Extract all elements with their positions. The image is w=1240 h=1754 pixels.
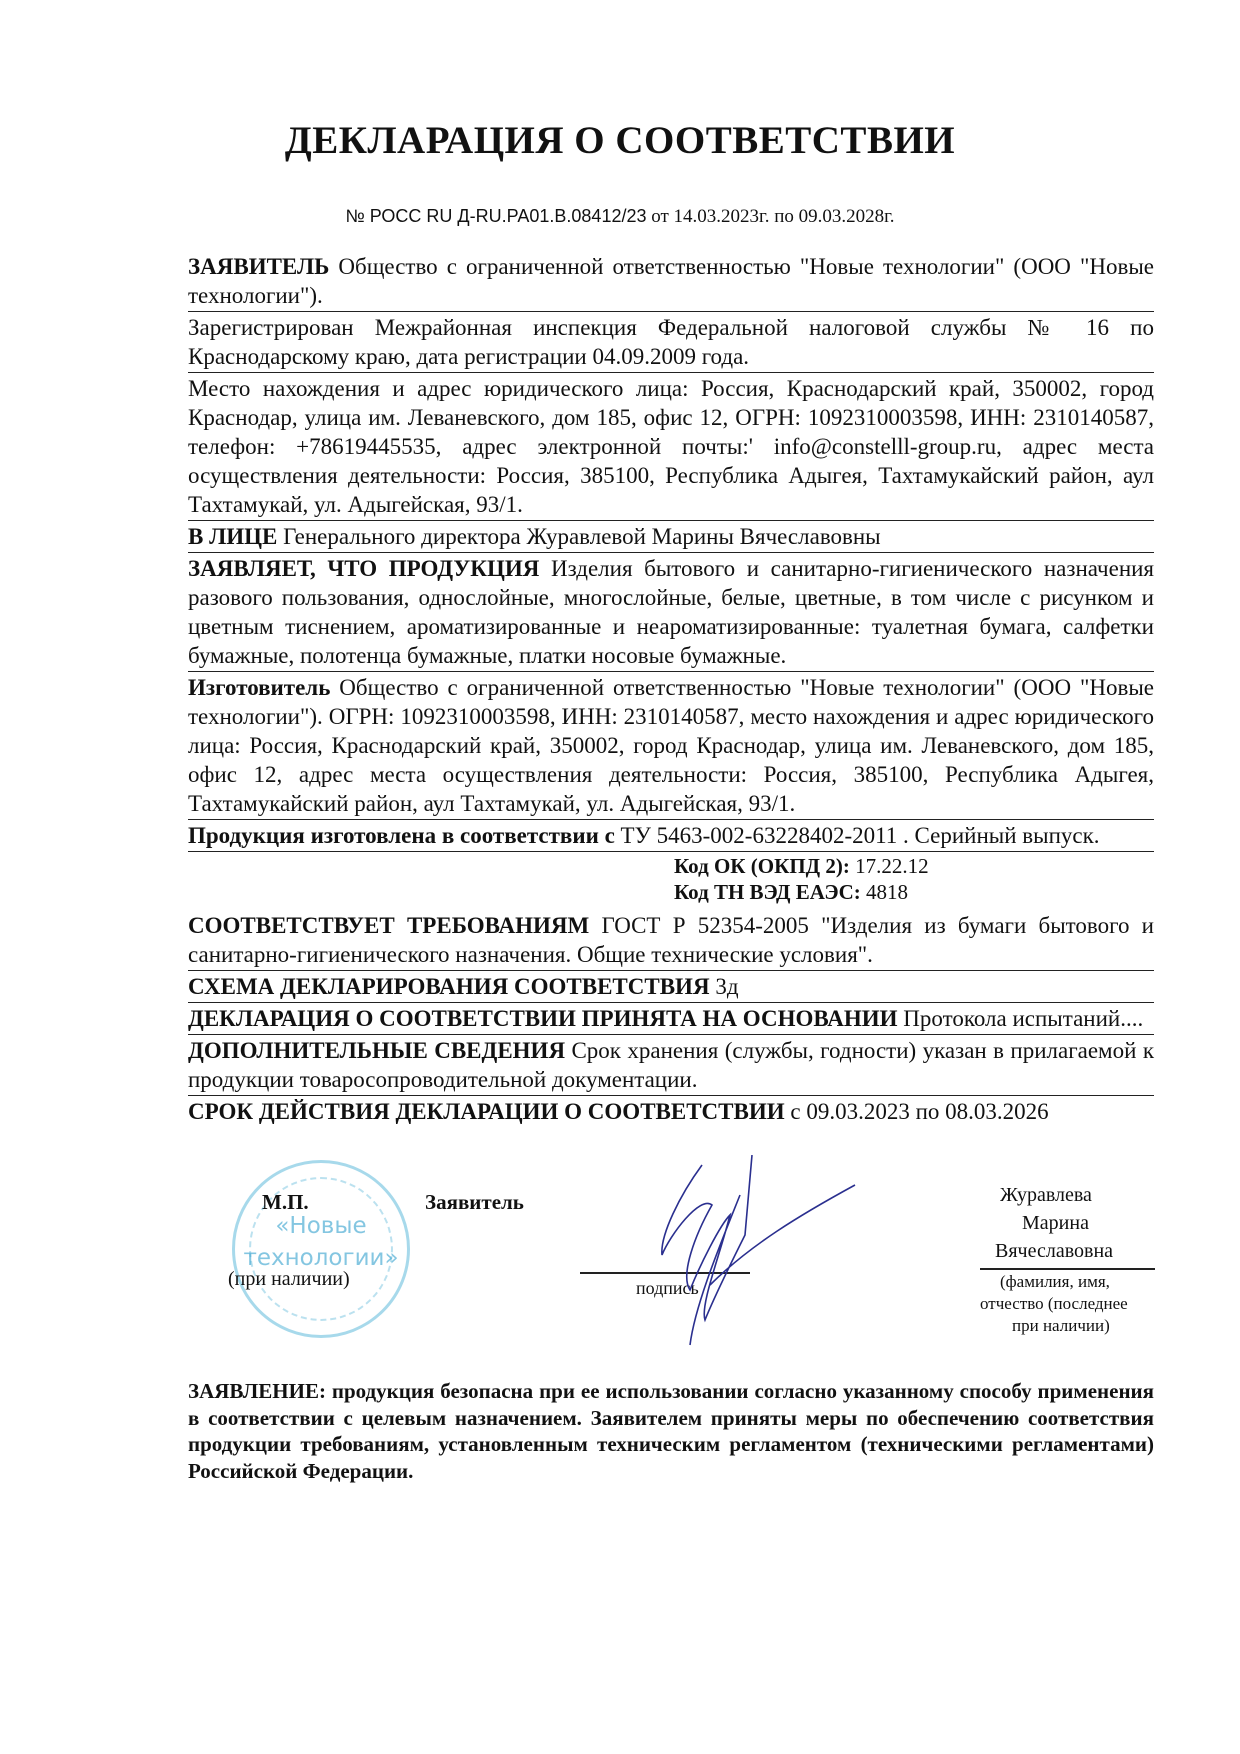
name-caption-2: отчество (последнее [980,1294,1128,1314]
document-title: ДЕКЛАРАЦИЯ О СООТВЕТСТВИИ [0,118,1240,163]
okpd-value: 17.22.12 [850,854,929,878]
seal-label: М.П. [262,1190,309,1215]
address-text: Место нахождения и адрес юридического ли… [188,376,1154,517]
signer-patronymic: Вячеславовна [995,1240,1113,1263]
represented-by-section: В ЛИЦЕ Генерального директора Журавлевой… [188,522,1154,553]
name-line [980,1268,1155,1270]
produced-per-label: Продукция изготовлена в соответствии с [188,823,615,848]
represented-by-label: В ЛИЦЕ [188,524,277,549]
scheme-text: 3д [710,974,739,999]
validity-text: с 09.03.2023 по 08.03.2026 [785,1099,1049,1124]
manufacturer-section: Изготовитель Общество с ограниченной отв… [188,673,1154,820]
basis-text: Протокола испытаний.... [898,1006,1144,1031]
scheme-section: СХЕМА ДЕКЛАРИРОВАНИЯ СООТВЕТСТВИЯ 3д [188,972,1154,1003]
safety-statement: ЗАЯВЛЕНИЕ: продукция безопасна при ее ис… [188,1378,1154,1484]
name-caption-1: (фамилия, имя, [1000,1272,1110,1292]
declares-section: ЗАЯВЛЯЕТ, ЧТО ПРОДУКЦИЯ Изделия бытового… [188,554,1154,672]
stamp-text-line1: «Новые [235,1213,407,1239]
applicant-text: Общество с ограниченной ответственностью… [188,254,1154,308]
manufacturer-text: Общество с ограниченной ответственностью… [188,675,1154,816]
manufacturer-label: Изготовитель [188,675,330,700]
applicant-section: ЗАЯВИТЕЛЬ Общество с ограниченной ответс… [188,252,1154,312]
declares-label: ЗАЯВЛЯЕТ, ЧТО ПРОДУКЦИЯ [188,556,539,581]
additional-label: ДОПОЛНИТЕЛЬНЫЕ СВЕДЕНИЯ [188,1038,565,1063]
tnved-code: Код ТН ВЭД ЕАЭС: 4818 [674,879,1154,905]
declaration-body: ЗАЯВИТЕЛЬ Общество с ограниченной ответс… [188,252,1154,1128]
produced-per-section: Продукция изготовлена в соответствии с Т… [188,821,1154,852]
validity-dates: от 14.03.2023г. по 09.03.2028г. [647,206,895,227]
codes-block: Код ОК (ОКПД 2): 17.22.12 Код ТН ВЭД ЕАЭ… [674,853,1154,905]
company-stamp: «Новые технологии» [232,1160,410,1338]
produced-per-text: ТУ 5463-002-63228402-2011 . Серийный вып… [615,823,1100,848]
complies-section: СООТВЕТСТВУЕТ ТРЕБОВАНИЯМ ГОСТ Р 52354-2… [188,911,1154,971]
basis-section: ДЕКЛАРАЦИЯ О СООТВЕТСТВИИ ПРИНЯТА НА ОСН… [188,1004,1154,1035]
name-caption-3: при наличии) [1012,1316,1110,1336]
validity-section: СРОК ДЕЙСТВИЯ ДЕКЛАРАЦИИ О СООТВЕТСТВИИ … [188,1097,1154,1127]
signer-surname: Журавлева [1000,1184,1092,1207]
represented-by-text: Генерального директора Журавлевой Марины… [277,524,880,549]
address-section: Место нахождения и адрес юридического ли… [188,374,1154,521]
applicant-label: ЗАЯВИТЕЛЬ [188,254,329,279]
tnved-value: 4818 [861,880,908,904]
okpd-label: Код ОК (ОКПД 2): [674,854,850,878]
registration-section: Зарегистрирован Межрайонная инспекция Фе… [188,313,1154,373]
scheme-label: СХЕМА ДЕКЛАРИРОВАНИЯ СООТВЕТСТВИЯ [188,974,710,999]
okpd-code: Код ОК (ОКПД 2): 17.22.12 [674,853,1154,879]
registration-text: Зарегистрирован Межрайонная инспекция Фе… [188,315,1154,369]
seal-if-any-label: (при наличии) [228,1268,350,1291]
additional-section: ДОПОЛНИТЕЛЬНЫЕ СВЕДЕНИЯ Срок хранения (с… [188,1036,1154,1096]
tnved-label: Код ТН ВЭД ЕАЭС: [674,880,861,904]
handwritten-signature-icon [640,1155,880,1355]
basis-label: ДЕКЛАРАЦИЯ О СООТВЕТСТВИИ ПРИНЯТА НА ОСН… [188,1006,898,1031]
complies-label: СООТВЕТСТВУЕТ ТРЕБОВАНИЯМ [188,913,589,938]
declaration-number: № РОСС RU Д-RU.РА01.В.08412/23 от 14.03.… [0,206,1240,228]
signer-first-name: Марина [1022,1212,1089,1235]
applicant-signature-label: Заявитель [425,1190,524,1215]
validity-label: СРОК ДЕЙСТВИЯ ДЕКЛАРАЦИИ О СООТВЕТСТВИИ [188,1099,785,1124]
registration-number: № РОСС RU Д-RU.РА01.В.08412/23 [345,206,646,226]
